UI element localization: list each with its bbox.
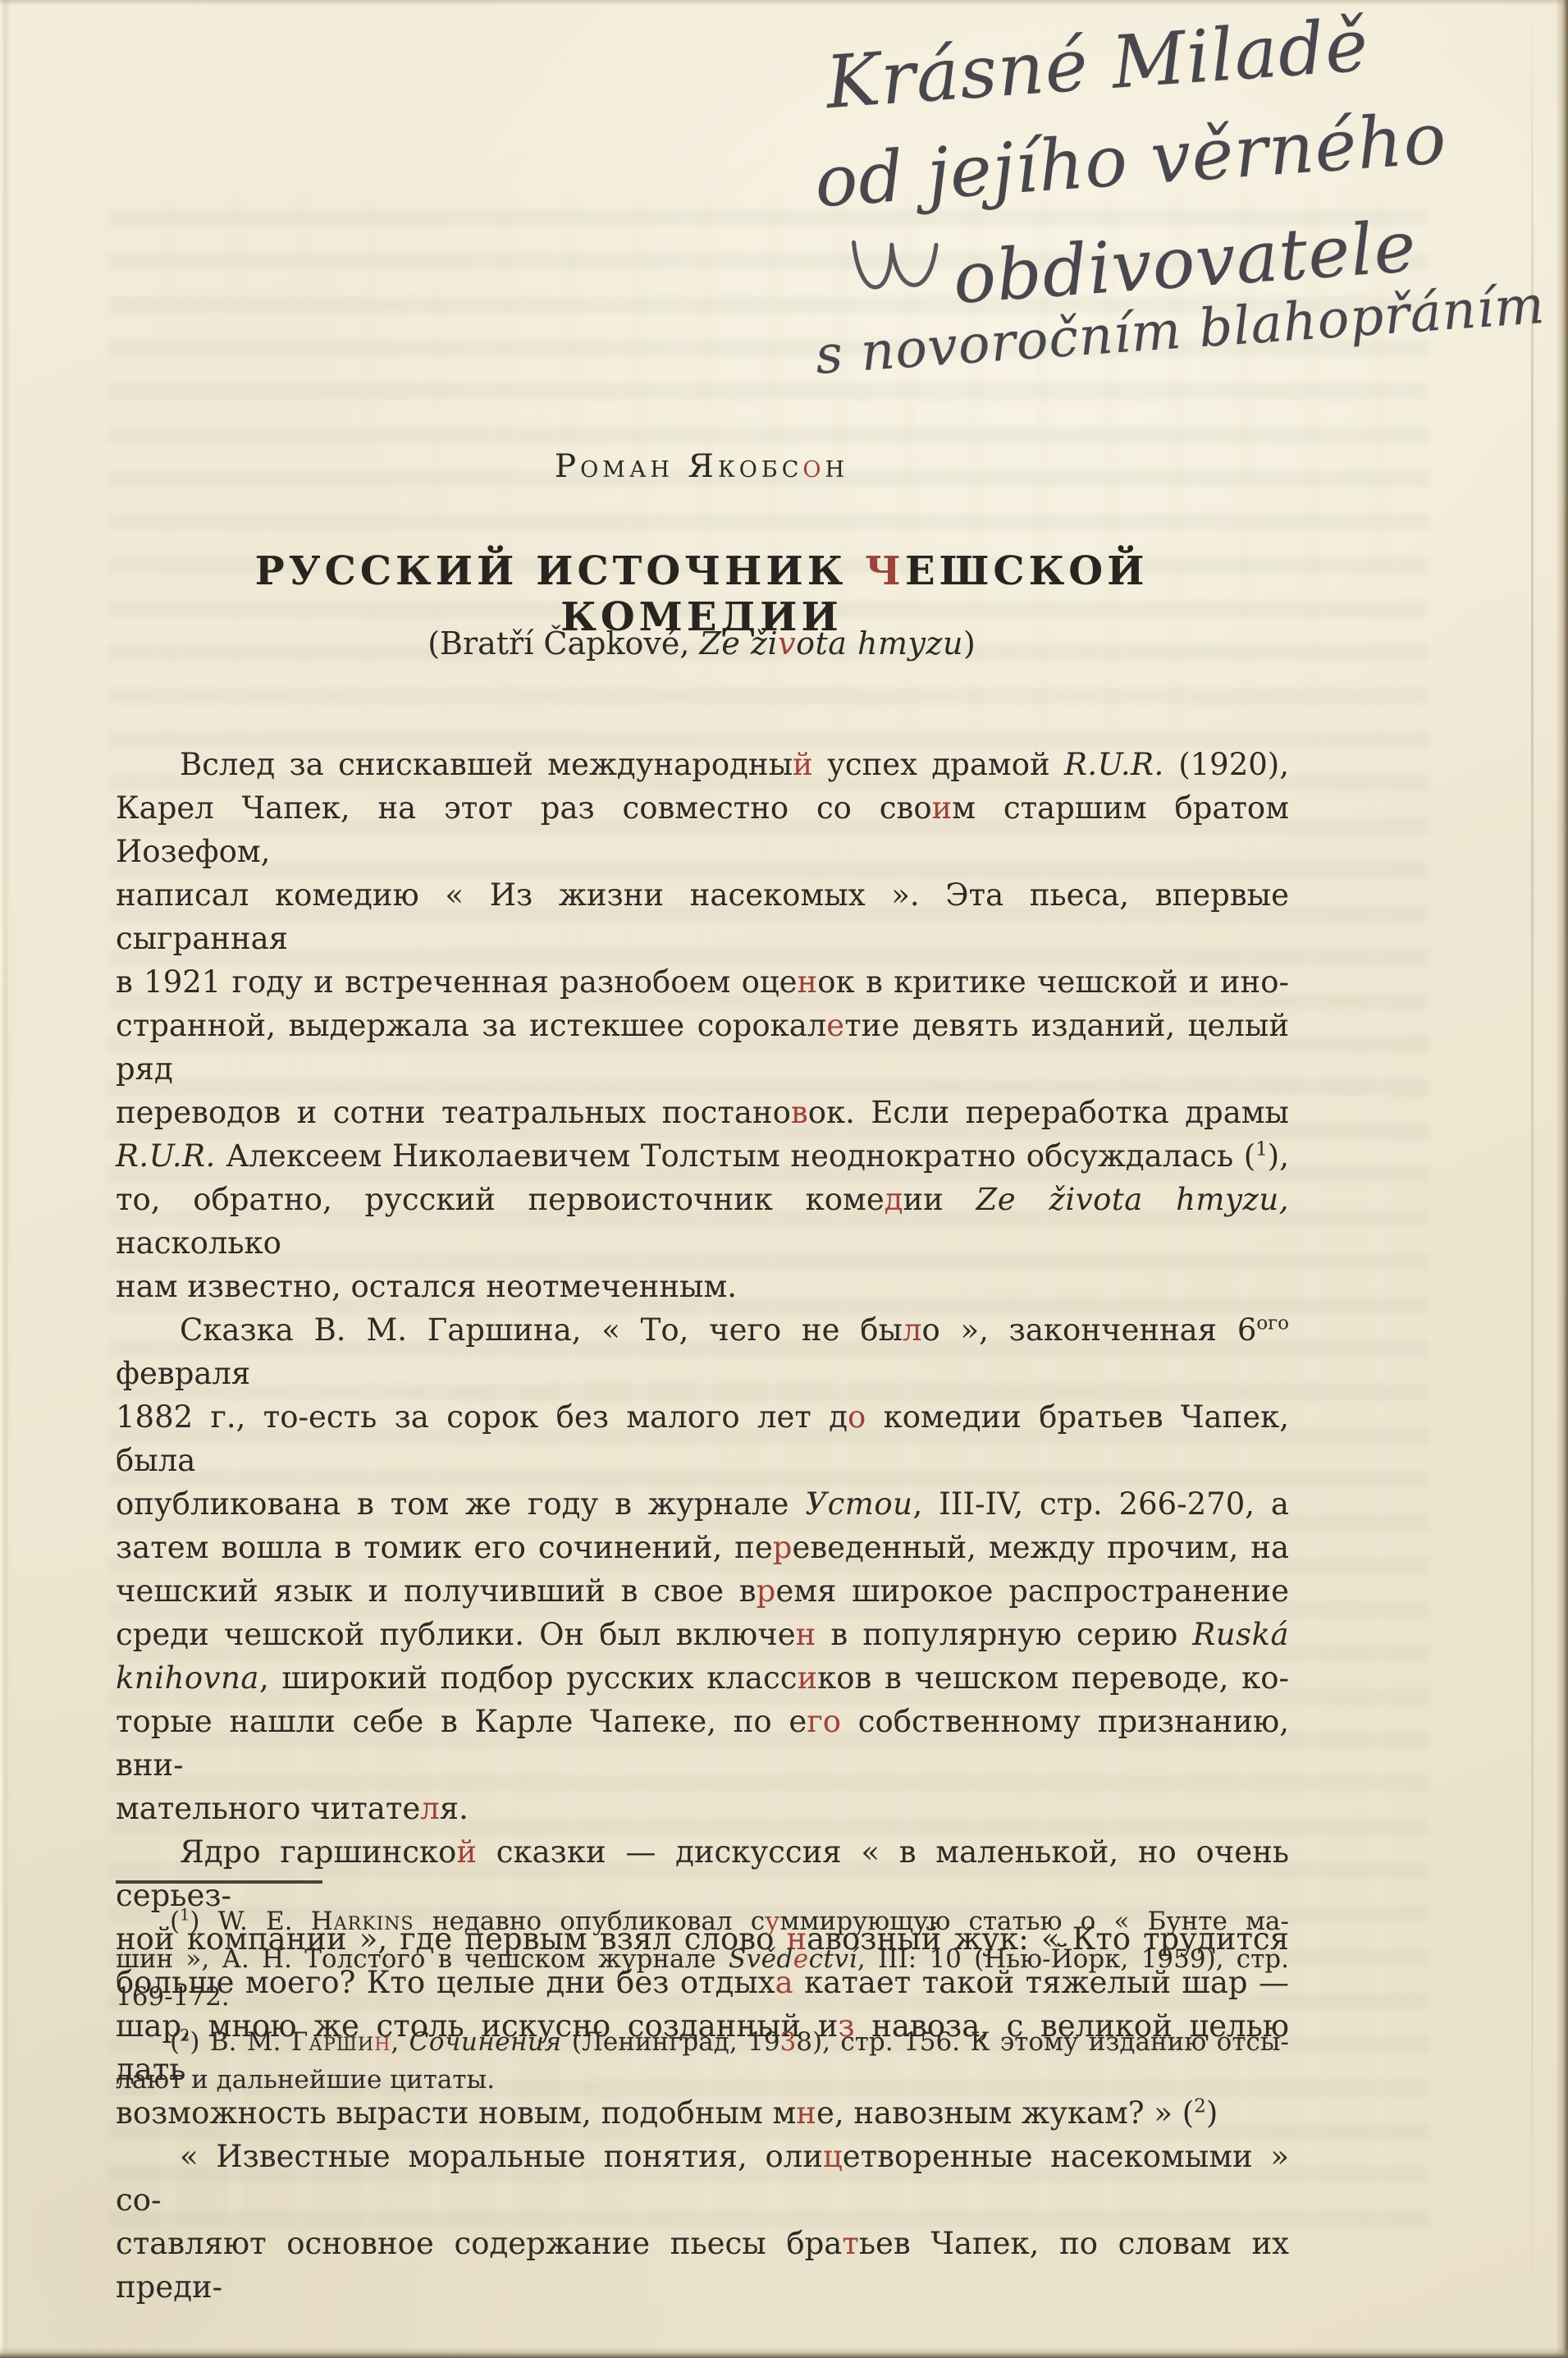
body-line: странной, выдержала за истекшее сорокале… [116,1004,1289,1091]
paper-crease [1531,0,1534,2358]
body-line: R.U.R. Алексеем Николаевичем Толстым нео… [116,1134,1289,1178]
handwritten-dedication: Krásné Miladě od jejího věrného obdivova… [805,0,1568,422]
page-edge-top [0,0,1568,6]
body-line-group: « Известные моральные понятия, олицетвор… [116,2135,1289,2309]
body-line-group: Сказка В. М. Гаршина, « То, чего не было… [116,1308,1289,1830]
body-line: затем вошла в томик его сочинений, перев… [116,1526,1289,1569]
body-line: Карел Чапек, на этот раз совместно со св… [116,786,1289,873]
page-edge-bottom [0,2347,1568,2358]
body-line: ставляют основное содержание пьесы брать… [116,2222,1289,2309]
body-line: опубликована в том же году в журнале Уст… [116,1482,1289,1526]
page-edge-left [0,0,10,2358]
footnote-line: (2) В. М. Гаршин, Сочинения (Ленинград, … [116,2023,1289,2061]
body-line: торые нашли себе в Карле Чапеке, по его … [116,1700,1289,1787]
footnote-line-group: (2) В. М. Гаршин, Сочинения (Ленинград, … [116,2023,1289,2099]
body-line: нам известно, остался неотмеченным. [116,1265,1289,1308]
body-line: Вслед за снискавшей международный успех … [116,743,1289,786]
body-line: 1882 г., то-есть за сорок без малого лет… [116,1395,1289,1482]
footnote-line: лают и дальнейшие цитаты. [116,2061,1289,2099]
footnote-separator [116,1880,322,1884]
scanned-page: Krásné Miladě od jejího věrného obdivova… [0,0,1568,2358]
article-subtitle: (Bratří Čapkové, Ze života hmyzu) [115,625,1288,662]
body-line: то, обратно, русский первоисточник комед… [116,1178,1289,1265]
body-line: knihovna, широкий подбор русских классик… [116,1656,1289,1700]
footnote-line: (1) W. E. Harkins недавно опубликовал су… [116,1902,1289,1940]
body-line: переводов и сотни театральных постановок… [116,1091,1289,1134]
body-line-group: Вслед за снискавшей международный успех … [116,743,1289,1308]
footnote-line: шин », А. Н. Толстого в чешском журнале … [116,1940,1289,1978]
page-edge-right [1556,0,1568,2358]
footnote-line: 169-172. [116,1978,1289,2016]
body-line: « Известные моральные понятия, олицетвор… [116,2135,1289,2222]
footnote-line-group: (1) W. E. Harkins недавно опубликовал су… [116,1902,1289,2016]
footnotes: (1) W. E. Harkins недавно опубликовал су… [116,1902,1289,2106]
body-line: написал комедию « Из жизни насекомых ». … [116,873,1289,960]
body-line: Сказка В. М. Гаршина, « То, чего не было… [116,1308,1289,1395]
pen-flourish-icon [848,233,950,318]
body-line: мательного читателя. [116,1787,1289,1830]
dedication-line-1: Krásné Miladě [823,2,1371,125]
body-line: чешский язык и получивший в свое время ш… [116,1569,1289,1613]
body-line: среди чешской публики. Он был включен в … [116,1613,1289,1656]
article-author: Роман Якобсон [115,448,1288,485]
body-line: в 1921 году и встреченная разнобоем оцен… [116,960,1289,1004]
